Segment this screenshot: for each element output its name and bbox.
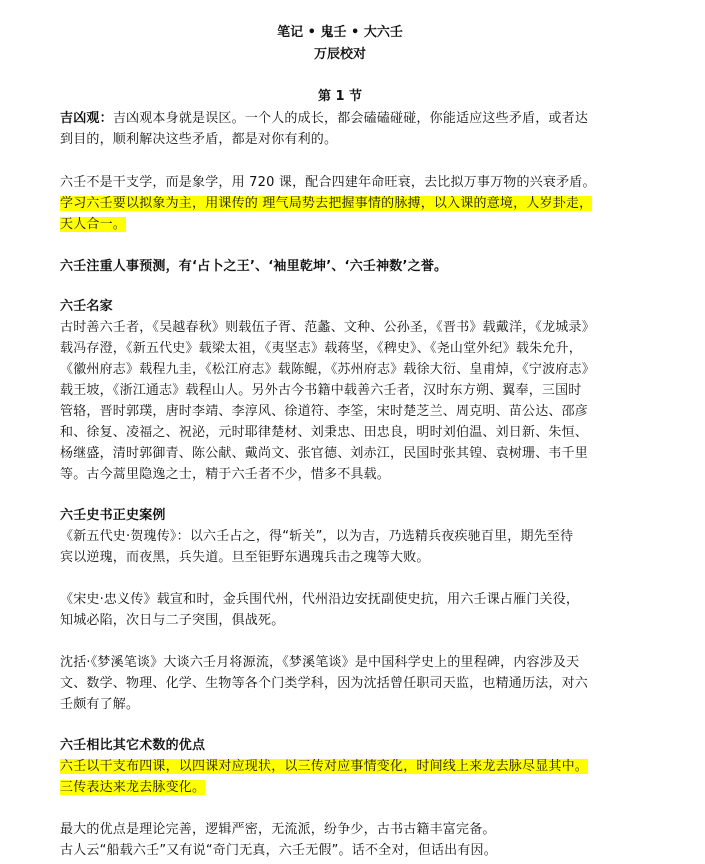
paragraph-line: 载冯存澄，《新五代史》载梁太祖，《夷坚志》载蒋坚，《稗史》、《尧山堂外纪》载朱允… xyxy=(60,340,582,358)
highlighted-text: 学习六壬要以拟象为主，用课传的 理气局势去把握事情的脉搏，以入课的意境，人岁卦走… xyxy=(60,196,592,211)
highlighted-text: 六壬以干支布四课，以四课对应现状，以三传对应事情变化，时间线上来龙去脉尽显其中。 xyxy=(60,759,588,774)
paragraph-line: 六壬不是干支学，而是象学，用 720 课，配合四建年命旺衰，去比拟万事万物的兴衰… xyxy=(60,174,596,192)
paragraph-line: 古时善六壬者，《吴越春秋》则载伍子胥、范蠡、文种、公孙圣，《晋书》载戴洋，《龙城… xyxy=(60,319,595,337)
paragraph-line: 载王坡，《浙江通志》载程山人。另外古今书籍中载善六壬者，汉时东方朔、翼奉，三国时 xyxy=(60,382,582,400)
paragraph-line: 《新五代史·贺瑰传》：以六壬占之，得“斩关”，以为吉，乃选精兵夜疾驰百里，期先至… xyxy=(60,528,573,546)
document-subtitle: 万辰校对 xyxy=(60,46,620,64)
document-title: 笔记 • 鬼壬 • 大六壬 xyxy=(60,24,620,42)
paragraph-line: 到目的，顺利解决这些矛盾，都是对你有利的。 xyxy=(60,131,337,149)
paragraph-line: 沈括·《梦溪笔谈》大谈六壬月将源流，《梦溪笔谈》是中国科学史上的里程碑，内容涉及… xyxy=(60,654,579,672)
paragraph-line: 和、徐复、凌福之、祝泌，元时耶律楚材、刘秉忠、田忠良，明时刘伯温、刘日新、朱恒、 xyxy=(60,424,588,442)
paragraph-line: 文、数学、物理、化学、生物等各个门类学科，因为沈括曾任职司天监，也精通历法，对六 xyxy=(60,675,588,693)
section-heading: 六壬名家 xyxy=(60,298,113,316)
highlighted-text: 三传表达来龙去脉变化。 xyxy=(60,780,205,795)
paragraph-line: 古人云“船载六壬”又有说“奇门无真，六壬无假”。话不全对，但话出有因。 xyxy=(60,842,497,860)
paragraph-line: 宾以逆瑰，而夜黑，兵失道。旦至钜野东遇瑰兵击之瑰等大败。 xyxy=(60,549,430,567)
section-title: 第 1 节 xyxy=(60,88,620,106)
section-heading: 六壬史书正史案例 xyxy=(60,507,166,525)
paragraph-line: 等。古今蒿里隐逸之士，精于六壬者不少，惜多不具载。 xyxy=(60,466,390,484)
paragraph-line: 最大的优点是理论完善，逻辑严密，无流派，纷争少，古书古籍丰富完备。 xyxy=(60,821,496,839)
paragraph-line: 知城必陷，次日与二子突围，俱战死。 xyxy=(60,612,284,630)
paragraph-line: 吉凶观：吉凶观本身就是误区。一个人的成长，都会磕磕碰碰，你能适应这些矛盾，或者达 xyxy=(60,110,588,128)
highlighted-line: 六壬以干支布四课，以四课对应现状，以三传对应事情变化，时间线上来龙去脉尽显其中。 xyxy=(60,758,588,776)
highlighted-text: 天人合一。 xyxy=(60,217,126,232)
paragraph-line: 《徽州府志》载程九圭，《松江府志》载陈鲲，《苏州府志》载徐大衍、皇甫焯，《宁波府… xyxy=(60,361,595,379)
paragraph-line: 《宋史·忠义传》载宣和时，金兵围代州，代州沿边安抚副使史抗，用六壬课占雁门关役， xyxy=(60,591,579,609)
term-label: 吉凶观： xyxy=(60,111,113,126)
highlighted-line: 学习六壬要以拟象为主，用课传的 理气局势去把握事情的脉搏，以入课的意境，人岁卦走… xyxy=(60,195,592,213)
paragraph-line: 管辂，晋时郭璞，唐时李靖、李淳风、徐道符、李筌，宋时楚芝兰、周克明、苗公达、邵彦 xyxy=(60,403,588,421)
paragraph-line: 壬颇有了解。 xyxy=(60,696,139,714)
highlighted-line: 天人合一。 xyxy=(60,216,126,234)
paragraph-text: 吉凶观本身就是误区。一个人的成长，都会磕磕碰碰，你能适应这些矛盾，或者达 xyxy=(113,111,588,126)
paragraph-line: 杨继盛，清时郭御青、陈公献、戴尚文、张官德、刘赤江，民国时张其锽、袁树珊、韦千里 xyxy=(60,445,588,463)
section-heading: 六壬相比其它术数的优点 xyxy=(60,737,205,755)
highlighted-line: 三传表达来龙去脉变化。 xyxy=(60,779,205,797)
paragraph-line: 六壬注重人事预测，有‘占卜之王’、‘袖里乾坤’、‘六壬神数’之誉。 xyxy=(60,258,447,276)
